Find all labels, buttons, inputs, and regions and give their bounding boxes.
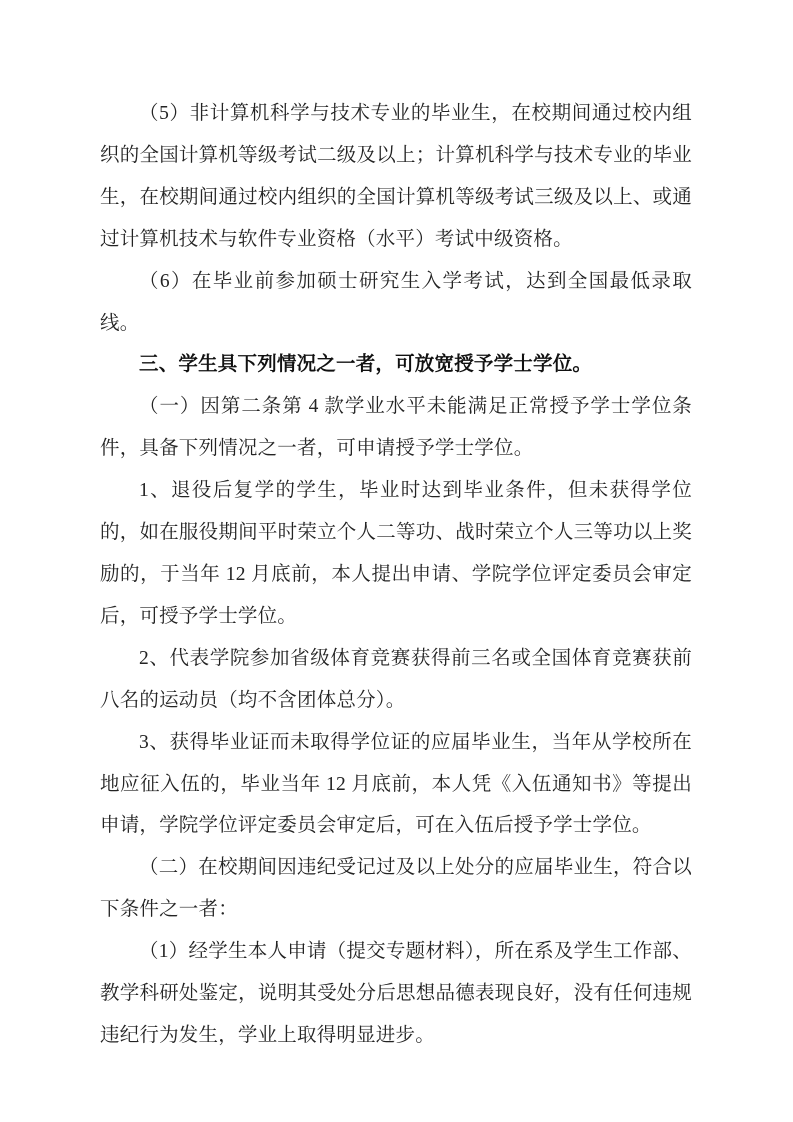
section-3-heading: 三、学生具下列情况之一者，可放宽授予学士学位。 [100,344,692,386]
section-3-part-2-paragraph: （二）在校期间因违纪受记过及以上处分的应届毕业生，符合以下条件之一者： [100,847,692,931]
item-2-paragraph: 2、代表学院参加省级体育竞赛获得前三名或全国体育竞赛获前八名的运动员（均不含团体… [100,638,692,722]
clause-5-paragraph: （5）非计算机科学与技术专业的毕业生，在校期间通过校内组织的全国计算机等级考试二… [100,93,692,261]
section-3-part-1-paragraph: （一）因第二条第 4 款学业水平未能满足正常授予学士学位条件，具备下列情况之一者… [100,386,692,470]
item-1-paragraph: 1、退役后复学的学生，毕业时达到毕业条件，但未获得学位的，如在服役期间平时荣立个… [100,470,692,638]
sub-item-1-paragraph: （1）经学生本人申请（提交专题材料），所在系及学生工作部、教学科研处鉴定，说明其… [100,931,692,1057]
document-body: （5）非计算机科学与技术专业的毕业生，在校期间通过校内组织的全国计算机等级考试二… [100,93,692,1057]
item-3-paragraph: 3、获得毕业证而未取得学位证的应届毕业生，当年从学校所在地应征入伍的，毕业当年 … [100,722,692,848]
document-page: （5）非计算机科学与技术专业的毕业生，在校期间通过校内组织的全国计算机等级考试二… [0,0,793,1122]
clause-6-paragraph: （6）在毕业前参加硕士研究生入学考试，达到全国最低录取线。 [100,261,692,345]
